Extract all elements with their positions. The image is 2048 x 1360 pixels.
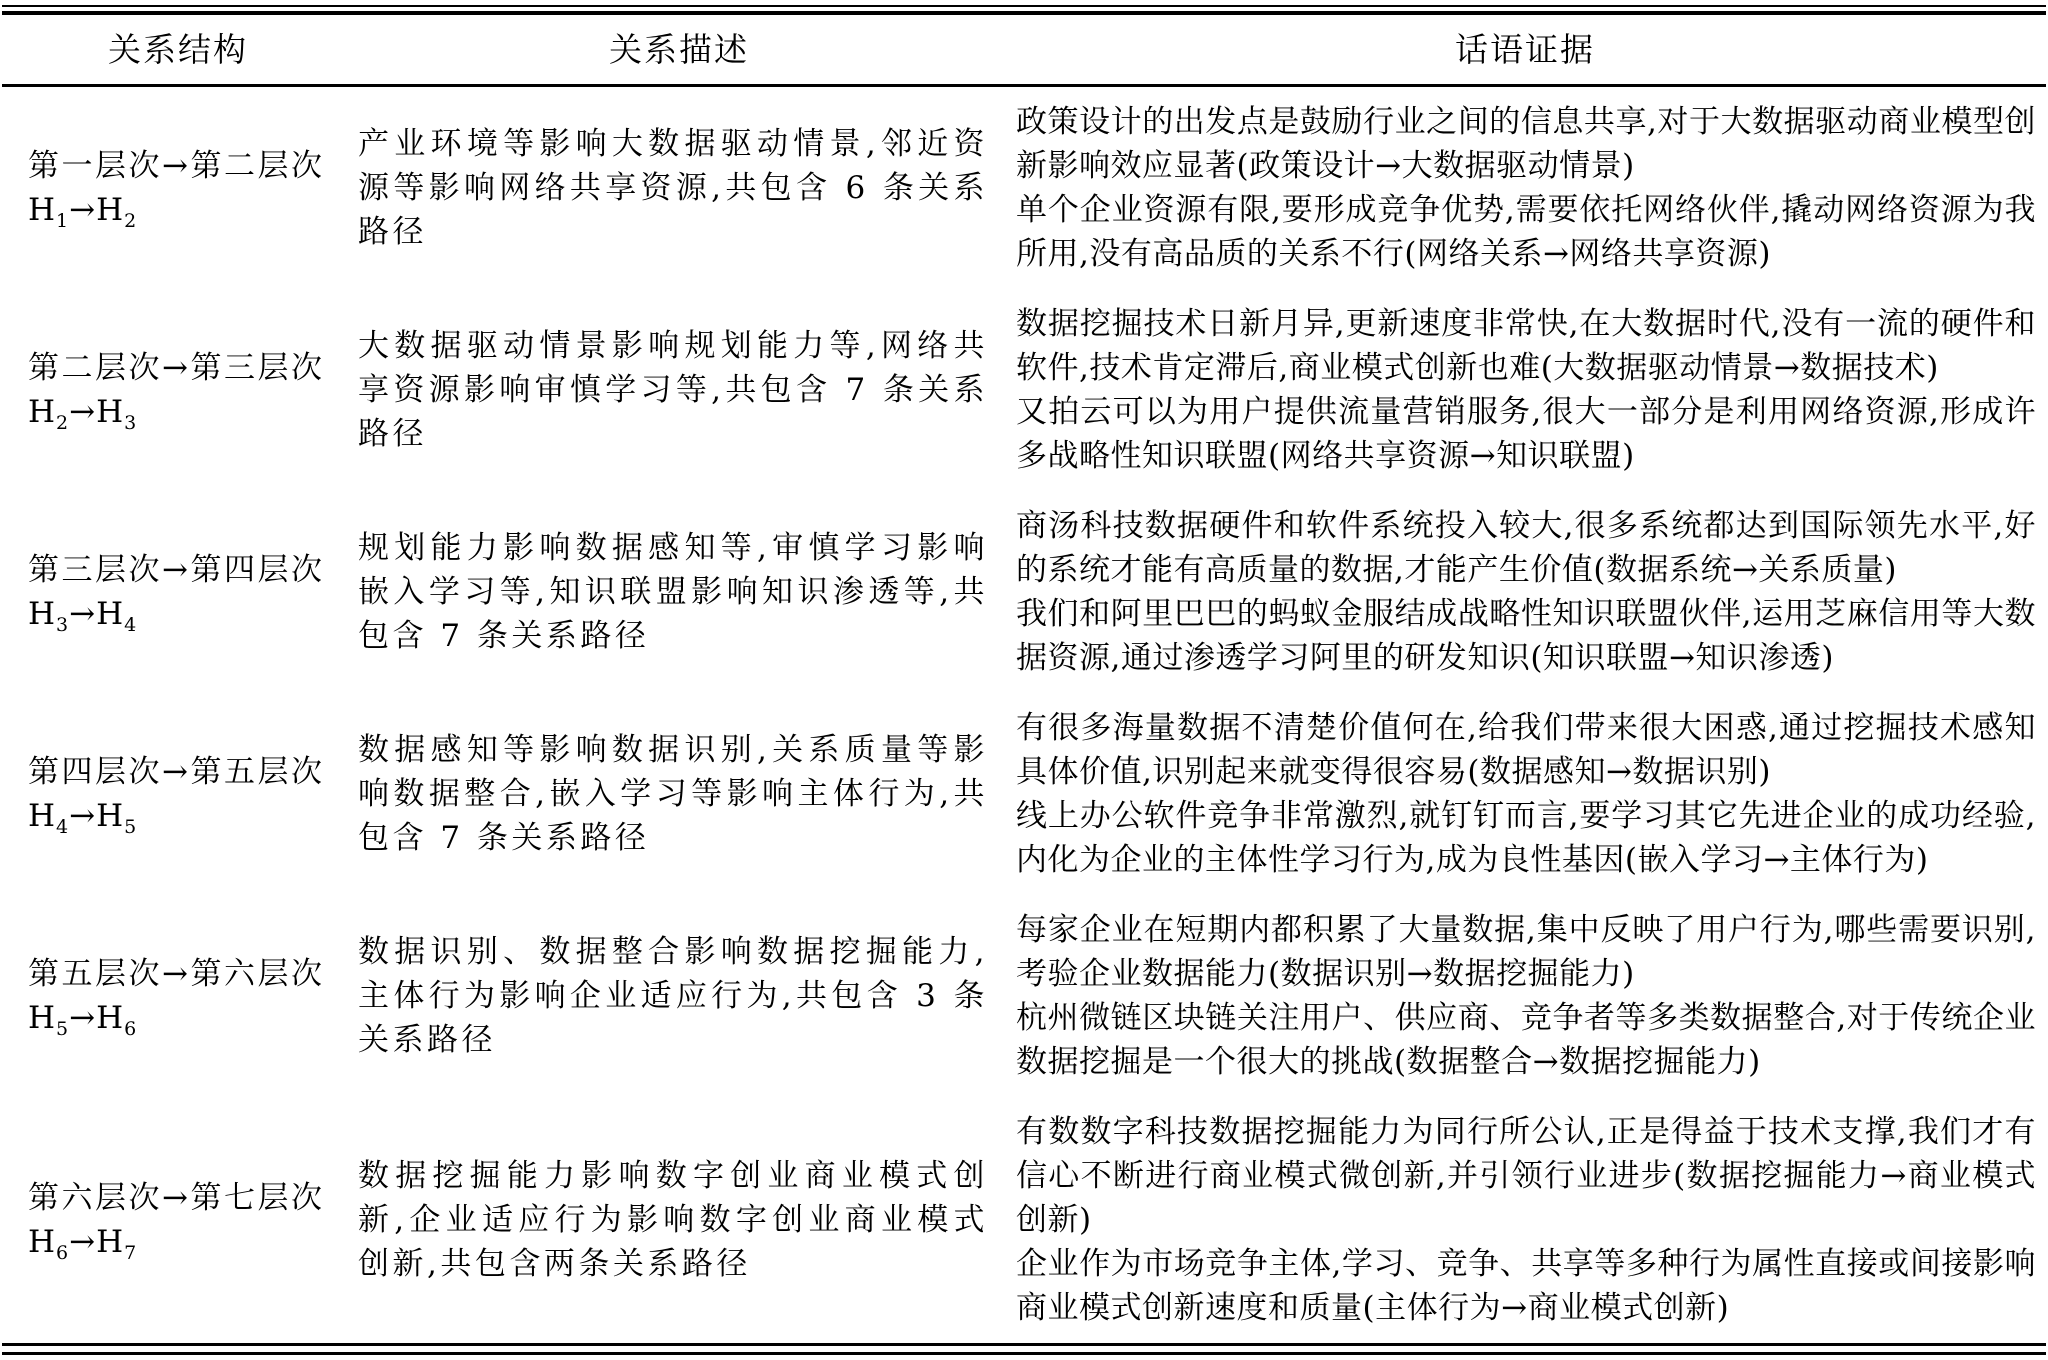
structure-cell: 第一层次→第二层次 H1→H2 [2,86,354,290]
hypothesis-path-label: H1→H2 [28,188,350,232]
evidence-cell: 商汤科技数据硬件和软件系统投入较大,很多系统都达到国际领先水平,好的系统才能有高… [1004,491,2046,693]
level-path-label: 第一层次→第二层次 [28,144,350,188]
hypothesis-from-subscript: 1 [56,210,69,232]
structure-cell: 第二层次→第三层次 H2→H3 [2,289,354,491]
evidence-cell: 每家企业在短期内都积累了大量数据,集中反映了用户行为,哪些需要识别,考验企业数据… [1004,895,2046,1097]
level-path-label: 第四层次→第五层次 [28,750,350,794]
arrow-glyph: → [69,394,96,430]
arrow-glyph: → [69,192,96,228]
hypothesis-from: H [28,394,56,430]
hypothesis-from: H [28,596,56,632]
table-row: 第五层次→第六层次 H5→H6 数据识别、数据整合影响数据挖掘能力,主体行为影响… [2,895,2046,1097]
arrow-glyph: → [69,1000,96,1036]
bottom-thin-rule [2,1352,2046,1355]
arrow-glyph: → [69,1224,96,1260]
hypothesis-from: H [28,1224,56,1260]
structure-cell: 第五层次→第六层次 H5→H6 [2,895,354,1097]
evidence-quote-2: 线上办公软件竞争非常激烈,就钉钉而言,要学习其它先进企业的成功经验,内化为企业的… [1016,794,2036,882]
level-path-label: 第六层次→第七层次 [28,1176,350,1220]
hypothesis-from-subscript: 2 [56,412,69,434]
hypothesis-to-subscript: 2 [124,210,137,232]
hypothesis-to-subscript: 7 [124,1242,137,1264]
description-cell: 数据感知等影响数据识别,关系质量等影响数据整合,嵌入学习等影响主体行为,共包含 … [354,693,1004,895]
top-thin-rule [2,5,2046,7]
evidence-quote-1: 每家企业在短期内都积累了大量数据,集中反映了用户行为,哪些需要识别,考验企业数据… [1016,908,2036,996]
evidence-quote-1: 商汤科技数据硬件和软件系统投入较大,很多系统都达到国际领先水平,好的系统才能有高… [1016,504,2036,592]
evidence-cell: 政策设计的出发点是鼓励行业之间的信息共享,对于大数据驱动商业模型创新影响效应显著… [1004,86,2046,290]
hypothesis-to-subscript: 6 [124,1018,137,1040]
table-header-row: 关系结构 关系描述 话语证据 [2,13,2046,86]
hypothesis-to: H [96,596,124,632]
hypothesis-from-subscript: 6 [56,1242,69,1264]
table-row: 第二层次→第三层次 H2→H3 大数据驱动情景影响规划能力等,网络共享资源影响审… [2,289,2046,491]
hypothesis-to-subscript: 3 [124,412,137,434]
hypothesis-path-label: H4→H5 [28,794,350,838]
description-cell: 数据挖掘能力影响数字创业商业模式创新,企业适应行为影响数字创业商业模式创新,共包… [354,1097,1004,1345]
evidence-quote-2: 单个企业资源有限,要形成竞争优势,需要依托网络伙伴,撬动网络资源为我所用,没有高… [1016,188,2036,276]
structure-cell: 第六层次→第七层次 H6→H7 [2,1097,354,1345]
hypothesis-from-subscript: 4 [56,816,69,838]
evidence-quote-2: 杭州微链区块链关注用户、供应商、竞争者等多类数据整合,对于传统企业数据挖掘是一个… [1016,996,2036,1084]
level-path-label: 第三层次→第四层次 [28,548,350,592]
hypothesis-to: H [96,1000,124,1036]
hypothesis-to: H [96,1224,124,1260]
hypothesis-path-label: H3→H4 [28,592,350,636]
hypothesis-to: H [96,394,124,430]
evidence-quote-2: 企业作为市场竞争主体,学习、竞争、共享等多种行为属性直接或间接影响商业模式创新速… [1016,1242,2036,1330]
hypothesis-from-subscript: 3 [56,614,69,636]
hypothesis-from-subscript: 5 [56,1018,69,1040]
hypothesis-to: H [96,798,124,834]
description-cell: 产业环境等影响大数据驱动情景,邻近资源等影响网络共享资源,共包含 6 条关系路径 [354,86,1004,290]
level-path-label: 第五层次→第六层次 [28,952,350,996]
arrow-glyph: → [69,798,96,834]
table-row: 第四层次→第五层次 H4→H5 数据感知等影响数据识别,关系质量等影响数据整合,… [2,693,2046,895]
table-row: 第六层次→第七层次 H6→H7 数据挖掘能力影响数字创业商业模式创新,企业适应行… [2,1097,2046,1345]
description-cell: 规划能力影响数据感知等,审慎学习影响嵌入学习等,知识联盟影响知识渗透等,共包含 … [354,491,1004,693]
structure-cell: 第三层次→第四层次 H3→H4 [2,491,354,693]
evidence-quote-1: 政策设计的出发点是鼓励行业之间的信息共享,对于大数据驱动商业模型创新影响效应显著… [1016,100,2036,188]
table-body: 第一层次→第二层次 H1→H2 产业环境等影响大数据驱动情景,邻近资源等影响网络… [2,86,2046,1345]
table-row: 第三层次→第四层次 H3→H4 规划能力影响数据感知等,审慎学习影响嵌入学习等,… [2,491,2046,693]
paper-table-page: 关系结构 关系描述 话语证据 第一层次→第二层次 H1→H2 产业环境等影响大数… [0,0,2048,1360]
column-header-structure: 关系结构 [2,13,354,86]
description-cell: 大数据驱动情景影响规划能力等,网络共享资源影响审慎学习等,共包含 7 条关系路径 [354,289,1004,491]
evidence-cell: 有很多海量数据不清楚价值何在,给我们带来很大困惑,通过挖掘技术感知具体价值,识别… [1004,693,2046,895]
table-row: 第一层次→第二层次 H1→H2 产业环境等影响大数据驱动情景,邻近资源等影响网络… [2,86,2046,290]
hypothesis-path-label: H5→H6 [28,996,350,1040]
hypothesis-path-label: H2→H3 [28,390,350,434]
evidence-quote-1: 有数数字科技数据挖掘能力为同行所公认,正是得益于技术支撑,我们才有信心不断进行商… [1016,1110,2036,1242]
hypothesis-path-label: H6→H7 [28,1220,350,1264]
hypothesis-to: H [96,192,124,228]
hypothesis-from: H [28,798,56,834]
evidence-cell: 有数数字科技数据挖掘能力为同行所公认,正是得益于技术支撑,我们才有信心不断进行商… [1004,1097,2046,1345]
evidence-quote-1: 数据挖掘技术日新月异,更新速度非常快,在大数据时代,没有一流的硬件和软件,技术肯… [1016,302,2036,390]
evidence-quote-1: 有很多海量数据不清楚价值何在,给我们带来很大困惑,通过挖掘技术感知具体价值,识别… [1016,706,2036,794]
relation-structure-table: 关系结构 关系描述 话语证据 第一层次→第二层次 H1→H2 产业环境等影响大数… [2,11,2046,1346]
column-header-description: 关系描述 [354,13,1004,86]
evidence-quote-2: 又拍云可以为用户提供流量营销服务,很大一部分是利用网络资源,形成许多战略性知识联… [1016,390,2036,478]
description-cell: 数据识别、数据整合影响数据挖掘能力,主体行为影响企业适应行为,共包含 3 条关系… [354,895,1004,1097]
level-path-label: 第二层次→第三层次 [28,346,350,390]
arrow-glyph: → [69,596,96,632]
evidence-quote-2: 我们和阿里巴巴的蚂蚁金服结成战略性知识联盟伙伴,运用芝麻信用等大数据资源,通过渗… [1016,592,2036,680]
hypothesis-from: H [28,1000,56,1036]
evidence-cell: 数据挖掘技术日新月异,更新速度非常快,在大数据时代,没有一流的硬件和软件,技术肯… [1004,289,2046,491]
structure-cell: 第四层次→第五层次 H4→H5 [2,693,354,895]
column-header-evidence: 话语证据 [1004,13,2046,86]
hypothesis-to-subscript: 4 [124,614,137,636]
hypothesis-from: H [28,192,56,228]
hypothesis-to-subscript: 5 [124,816,137,838]
